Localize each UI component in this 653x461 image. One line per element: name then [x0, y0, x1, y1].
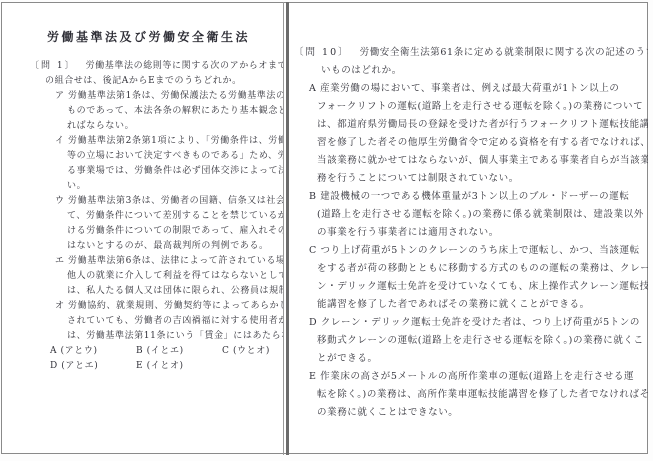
answer-option: E (イとオ) — [136, 359, 222, 374]
text-line: E 作業床の高さが5メートルの高所作業車の運転(道路上を走行させる運 — [289, 368, 648, 386]
question-text: 労働基準法の総則等に関する次のアからオまでの記述のうち、正 — [86, 61, 283, 71]
answer-row: A (アとウ)B (イとエ)C (ウとオ) — [2, 344, 283, 359]
text-line: は、労働基準法第11条にいう「賃金」にはあたらない。 — [2, 329, 283, 344]
page-title: 労働基準法及び労働安全衛生法 — [2, 28, 283, 45]
text-line: C つり上げ荷重が5トンのクレーンのうち床上で運転し、かつ、当該運転 — [289, 242, 648, 260]
question-10-line: 〔問 10〕労働安全衛生法第61条に定める就業制限に関する次の記述のうち、正し — [289, 44, 648, 62]
text-line: エ 労働基準法第6条は、法律によって許されている場合のほか、 — [2, 254, 283, 269]
right-page-body: 〔問 10〕労働安全衛生法第61条に定める就業制限に関する次の記述のうち、正し … — [289, 44, 648, 422]
text-line: 等の立場において決定すべきものである」ため、労働組合が組織 — [2, 149, 283, 164]
left-page-edge-line — [283, 2, 284, 455]
text-line: 移動式クレーンの運転(道路上を走行させる運転を除く。)の業務に就くこ — [289, 332, 648, 350]
question-label: 〔問 10〕 — [294, 44, 350, 62]
page-gutter-divider — [286, 2, 289, 455]
text-line: ける労働条件についての制限であって、雇入れそのものを制限す — [2, 224, 283, 239]
question-1-line: 〔問 1〕労働基準法の総則等に関する次のアからオまでの記述のうち、正 — [2, 59, 283, 74]
text-line: 習を修了した者その他厚生労働省令で定める資格を有する者でなければ、 — [289, 134, 648, 152]
text-line: されていても、労働者の吉凶禍福に対する使用者からの恩恵的 — [2, 314, 283, 329]
text-line: 当該業務に就かせてはならないが、個人事業主である事業者自らが当該業 — [289, 152, 648, 170]
answer-option: D (アとエ) — [50, 359, 136, 374]
answer-option: C (ウとオ) — [222, 344, 283, 359]
left-page-body: 〔問 1〕労働基準法の総則等に関する次のアからオまでの記述のうち、正 の組合せは… — [2, 59, 283, 374]
answer-option: B (イとエ) — [136, 344, 222, 359]
text-line: ン・デリック運転士免許を受けていなくても、床上操作式クレーン運転技 — [289, 278, 648, 296]
text-line: の組合せは、後記AからEまでのうちどれか。 — [2, 74, 283, 89]
text-line: の業務に就くことはできない。 — [289, 404, 648, 422]
text-line: B 建設機械の一つである機体重量が3トン以上のブル・ドーザーの運転 — [289, 188, 648, 206]
answer-row: D (アとエ)E (イとオ) — [2, 359, 283, 374]
answer-option: A (アとウ) — [50, 344, 136, 359]
text-line: ア 労働基準法第1条は、労働保護法たる労働基準法の基本理念を — [2, 89, 283, 104]
text-line: 転を除く。)の業務は、高所作業車運転技能講習を修了した者でなければそ — [289, 386, 648, 404]
text-line: いものはどれか。 — [289, 62, 648, 80]
text-line: A 産業労働の場において、事業者は、例えば最大荷重が1トン以上の — [289, 80, 648, 98]
text-line: の事業を行う事業者には適用されない。 — [289, 224, 648, 242]
right-page: 〔問 10〕労働安全衛生法第61条に定める就業制限に関する次の記述のうち、正し … — [289, 2, 648, 454]
text-line: イ 労働基準法第2条第1項により、「労働条件は、労働者と使用 — [2, 134, 283, 149]
text-line: て、労働条件について差別することを禁じているが、これは雇入 — [2, 209, 283, 224]
text-line: 能講習を修了した者であればその業務に就くことができる。 — [289, 296, 648, 314]
text-line: ウ 労働基準法第3条は、労働者の国籍、信条又は社会的身分を — [2, 194, 283, 209]
text-line: とができる。 — [289, 350, 648, 368]
text-line: ればならない。 — [2, 119, 283, 134]
text-line: (道路上を走行させる運転を除く。)の業務に係る就業制限は、建設業以外 — [289, 206, 648, 224]
text-line: い。 — [2, 179, 283, 194]
text-line: 務を行うことについては制限されていない。 — [289, 170, 648, 188]
text-line: オ 労働協約、就業規則、労働契約等によってあらかじめ支給条件 — [2, 299, 283, 314]
text-line: る事業場では、労働条件は必ず団体交渉によって決定しなけれ — [2, 164, 283, 179]
question-text: 労働安全衛生法第61条に定める就業制限に関する次の記述のうち、正し — [360, 47, 648, 58]
text-line: は、私人たる個人又は団体に限られ、公務員は規制対象とならな — [2, 284, 283, 299]
text-line: D クレーン・デリック運転士免許を受けた者は、つり上げ荷重が5トンの — [289, 314, 648, 332]
left-page: 労働基準法及び労働安全衛生法 〔問 1〕労働基準法の総則等に関する次のアからオま… — [2, 2, 283, 454]
text-line: はないとするのが、最高裁判所の判例である。 — [2, 239, 283, 254]
text-line: フォークリフトの運転(道路上を走行させる運転を除く。)の業務について — [289, 98, 648, 116]
text-line: をする者が荷の移動とともに移動する方式のものの運転の業務は、クレー — [289, 260, 648, 278]
text-line: 他人の就業に介入して利益を得てはならないとしているが、その — [2, 269, 283, 284]
text-line: ものであって、本法各条の解釈にあたり基本観念として常に考慮 — [2, 104, 283, 119]
question-label: 〔問 1〕 — [30, 59, 76, 74]
text-line: は、都道府県労働局長の登録を受けた者が行うフォークリフト運転技能講 — [289, 116, 648, 134]
